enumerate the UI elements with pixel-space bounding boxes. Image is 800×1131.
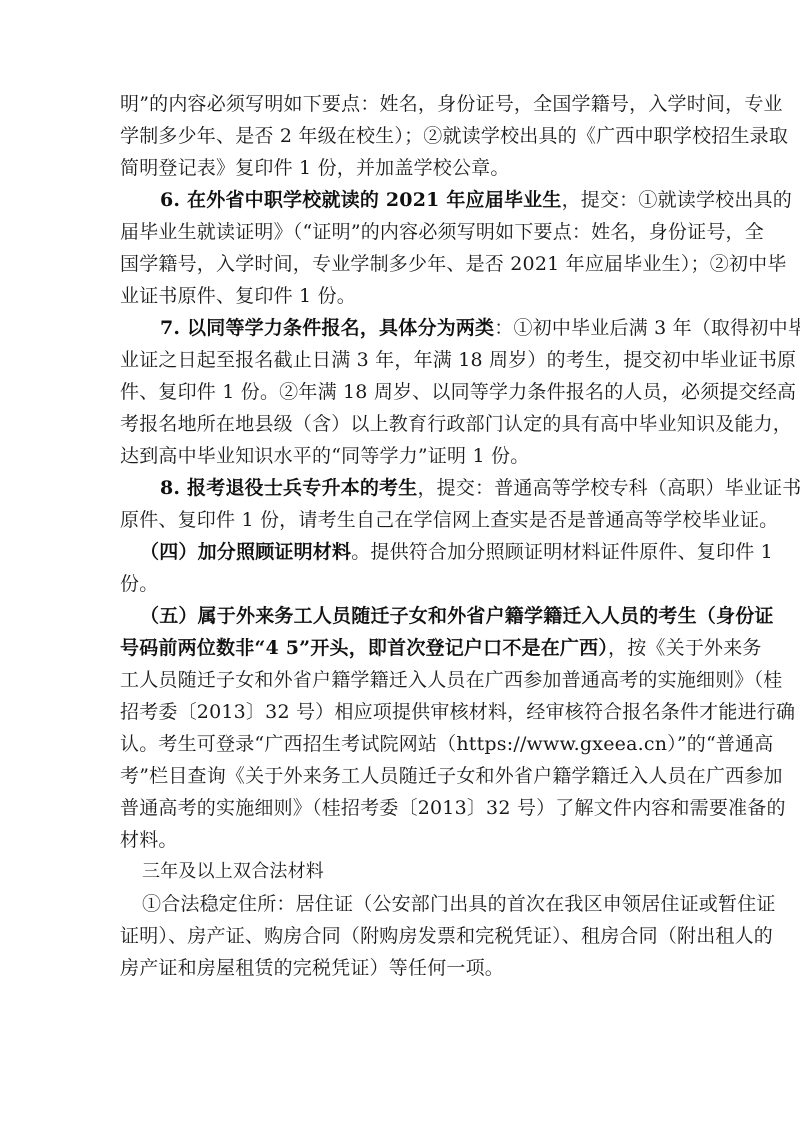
text-line: 业证书原件、复印件 1 份。 xyxy=(120,280,682,312)
text-line: 件、复印件 1 份。②年满 18 周岁、以同等学力条件报名的人员，必须提交经高 xyxy=(120,376,682,408)
text-run: ，按《关于外来务 xyxy=(608,637,762,659)
text-line: 招考委〔2013〕32 号）相应项提供审核材料，经审核符合报名条件才能进行确 xyxy=(120,696,682,728)
item-8-heading: 8. 报考退役士兵专升本的考生 xyxy=(160,477,417,499)
section-5-heading: （五）属于外来务工人员随迁子女和外省户籍学籍迁入人员的考生（身份证 xyxy=(140,605,774,627)
text-run: ，提交：普通高等学校专科（高职）毕业证书 xyxy=(417,477,800,499)
three-years-heading: 三年及以上双合法材料 xyxy=(120,856,682,888)
item-7-heading: 7. 以同等学力条件报名，具体分为两类 xyxy=(160,317,494,339)
text-line: 明”的内容必须写明如下要点：姓名，身份证号，全国学籍号，入学时间，专业 xyxy=(120,88,682,120)
text-run: ：①初中毕业后满 3 年（取得初中毕 xyxy=(494,317,800,339)
text-line: 工人员随迁子女和外省户籍学籍迁入人员在广西参加普通高考的实施细则》（桂 xyxy=(120,664,682,696)
text-line: 业证之日起至报名截止日满 3 年，年满 18 周岁）的考生，提交初中毕业证书原 xyxy=(120,344,682,376)
item-6-heading: 6. 在外省中职学校就读的 2021 年应届毕业生 xyxy=(160,189,562,211)
text-run: 。提供符合加分照顾证明材料证件原件、复印件 1 xyxy=(351,541,773,563)
document-body: 明”的内容必须写明如下要点：姓名，身份证号，全国学籍号，入学时间，专业 学制多少… xyxy=(120,88,682,984)
text-line: 届毕业生就读证明》（“证明”的内容必须写明如下要点：姓名，身份证号，全 xyxy=(120,216,682,248)
text-line: 普通高考的实施细则》（桂招考委〔2013〕32 号）了解文件内容和需要准备的 xyxy=(120,792,682,824)
text-line: 达到高中毕业知识水平的“同等学力”证明 1 份。 xyxy=(120,440,682,472)
item-6-line: 6. 在外省中职学校就读的 2021 年应届毕业生，提交：①就读学校出具的《应 xyxy=(120,184,682,216)
text-line: 学制多少年、是否 2 年级在校生）；②就读学校出具的《广西中职学校招生录取 xyxy=(120,120,682,152)
text-run: ，提交：①就读学校出具的《应 xyxy=(562,189,800,211)
text-line: 房产证和房屋租赁的完税凭证）等任何一项。 xyxy=(120,952,682,984)
section-4-line: （四）加分照顾证明材料。提供符合加分照顾证明材料证件原件、复印件 1 xyxy=(120,536,682,568)
text-line: 考报名地所在地县级（含）以上教育行政部门认定的具有高中毕业知识及能力， xyxy=(120,408,682,440)
text-line: 原件、复印件 1 份，请考生自己在学信网上查实是否是普通高等学校毕业证。 xyxy=(120,504,682,536)
text-line: 号码前两位数非“4 5”开头，即首次登记户口不是在广西），按《关于外来务 xyxy=(120,632,682,664)
section-5-heading-cont: 号码前两位数非“4 5”开头，即首次登记户口不是在广西） xyxy=(120,637,608,659)
text-line: 证明）、房产证、购房合同（附购房发票和完税凭证）、租房合同（附出租人的 xyxy=(120,920,682,952)
text-line-with-url: 认。考生可登录“广西招生考试院网站（https://www.gxeea.cn）”… xyxy=(120,728,682,760)
document-page: 明”的内容必须写明如下要点：姓名，身份证号，全国学籍号，入学时间，专业 学制多少… xyxy=(0,0,800,1131)
text-line: 考”栏目查询《关于外来务工人员随迁子女和外省户籍学籍迁入人员在广西参加 xyxy=(120,760,682,792)
section-5-line: （五）属于外来务工人员随迁子女和外省户籍学籍迁入人员的考生（身份证 xyxy=(120,600,682,632)
item-7-line: 7. 以同等学力条件报名，具体分为两类：①初中毕业后满 3 年（取得初中毕 xyxy=(120,312,682,344)
text-line: 份。 xyxy=(120,568,682,600)
residence-item-line: ①合法稳定住所：居住证（公安部门出具的首次在我区申领居住证或暂住证 xyxy=(120,888,682,920)
text-line: 国学籍号，入学时间，专业学制多少年、是否 2021 年应届毕业生）；②初中毕 xyxy=(120,248,682,280)
text-line: 简明登记表》复印件 1 份，并加盖学校公章。 xyxy=(120,152,682,184)
item-8-line: 8. 报考退役士兵专升本的考生，提交：普通高等学校专科（高职）毕业证书 xyxy=(120,472,682,504)
section-4-heading: （四）加分照顾证明材料 xyxy=(140,541,351,563)
text-line: 材料。 xyxy=(120,824,682,856)
